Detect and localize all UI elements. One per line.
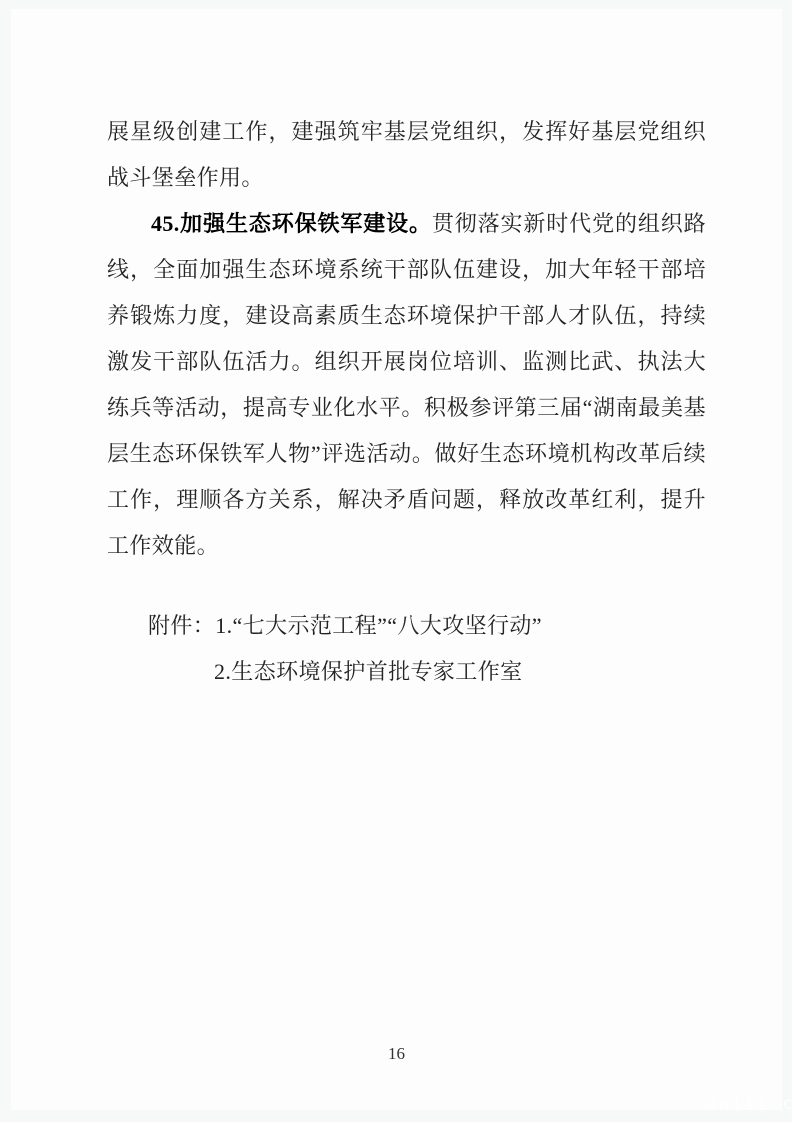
attachments-label: 附件： — [148, 613, 215, 638]
document-page: 展星级创建工作，建强筑牢基层党组织，发挥好基层党组织战斗堡垒作用。 45.加强生… — [11, 9, 782, 1110]
attachment-item-2: 2.生态环境保护首批专家工作室 — [148, 649, 706, 695]
attachments-block: 附件：1.“七大示范工程”“八大攻坚行动” 2.生态环境保护首批专家工作室 — [107, 603, 706, 695]
document-content: 展星级创建工作，建强筑牢基层党组织，发挥好基层党组织战斗堡垒作用。 45.加强生… — [107, 109, 706, 695]
page-number: 16 — [11, 1044, 782, 1064]
attachment-item-1: 1.“七大示范工程”“八大攻坚行动” — [215, 613, 542, 638]
paragraph-item-45: 45.加强生态环保铁军建设。贯彻落实新时代党的组织路线，全面加强生态环境系统干部… — [107, 201, 706, 569]
watermark: dniii.co — [706, 1094, 792, 1114]
item-45-body: 贯彻落实新时代党的组织路线，全面加强生态环境系统干部队伍建设，加大年轻干部培养锻… — [107, 211, 706, 558]
paragraph-continuation: 展星级创建工作，建强筑牢基层党组织，发挥好基层党组织战斗堡垒作用。 — [107, 109, 706, 201]
attachment-line-1: 附件：1.“七大示范工程”“八大攻坚行动” — [148, 603, 706, 649]
item-45-heading: 45.加强生态环保铁军建设。 — [151, 211, 432, 236]
